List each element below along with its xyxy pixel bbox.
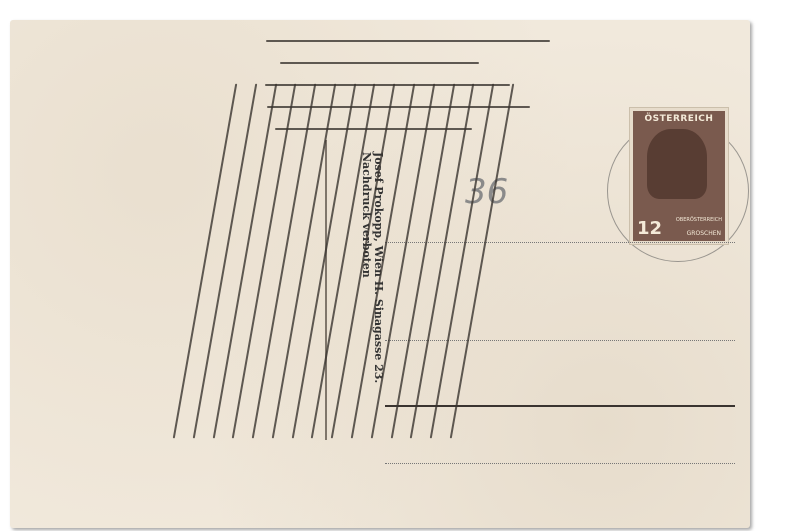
stamp-portrait: [647, 129, 707, 199]
postage-stamp: ÖSTERREICH OBERÖSTERREICH 12 GROSCHEN: [630, 108, 728, 244]
handwriting-stroke: [265, 84, 511, 86]
address-line-1: [385, 242, 735, 243]
handwriting-stroke: [232, 84, 296, 439]
handwriting-stroke: [267, 106, 530, 108]
handwriting-stroke: [280, 62, 479, 64]
stamp-country: ÖSTERREICH: [633, 114, 725, 124]
postcard: Josef Prokopp, Wien II. Sinagasse 23. Na…: [10, 20, 750, 528]
handwriting-stroke: [291, 84, 355, 439]
handwriting-stroke: [173, 84, 237, 439]
handwriting-stroke: [212, 84, 276, 439]
stamp-denomination: 12: [637, 218, 662, 239]
handwriting-stroke: [390, 84, 454, 439]
handwriting-stroke: [410, 84, 474, 439]
address-line-2: [385, 340, 735, 341]
address-line-4: [385, 463, 735, 464]
center-divider: [325, 140, 327, 440]
stamp-region: OBERÖSTERREICH: [676, 217, 722, 223]
stamp-currency: GROSCHEN: [687, 230, 721, 237]
handwriting-stroke: [275, 128, 471, 130]
handwriting-stroke: [266, 40, 550, 42]
